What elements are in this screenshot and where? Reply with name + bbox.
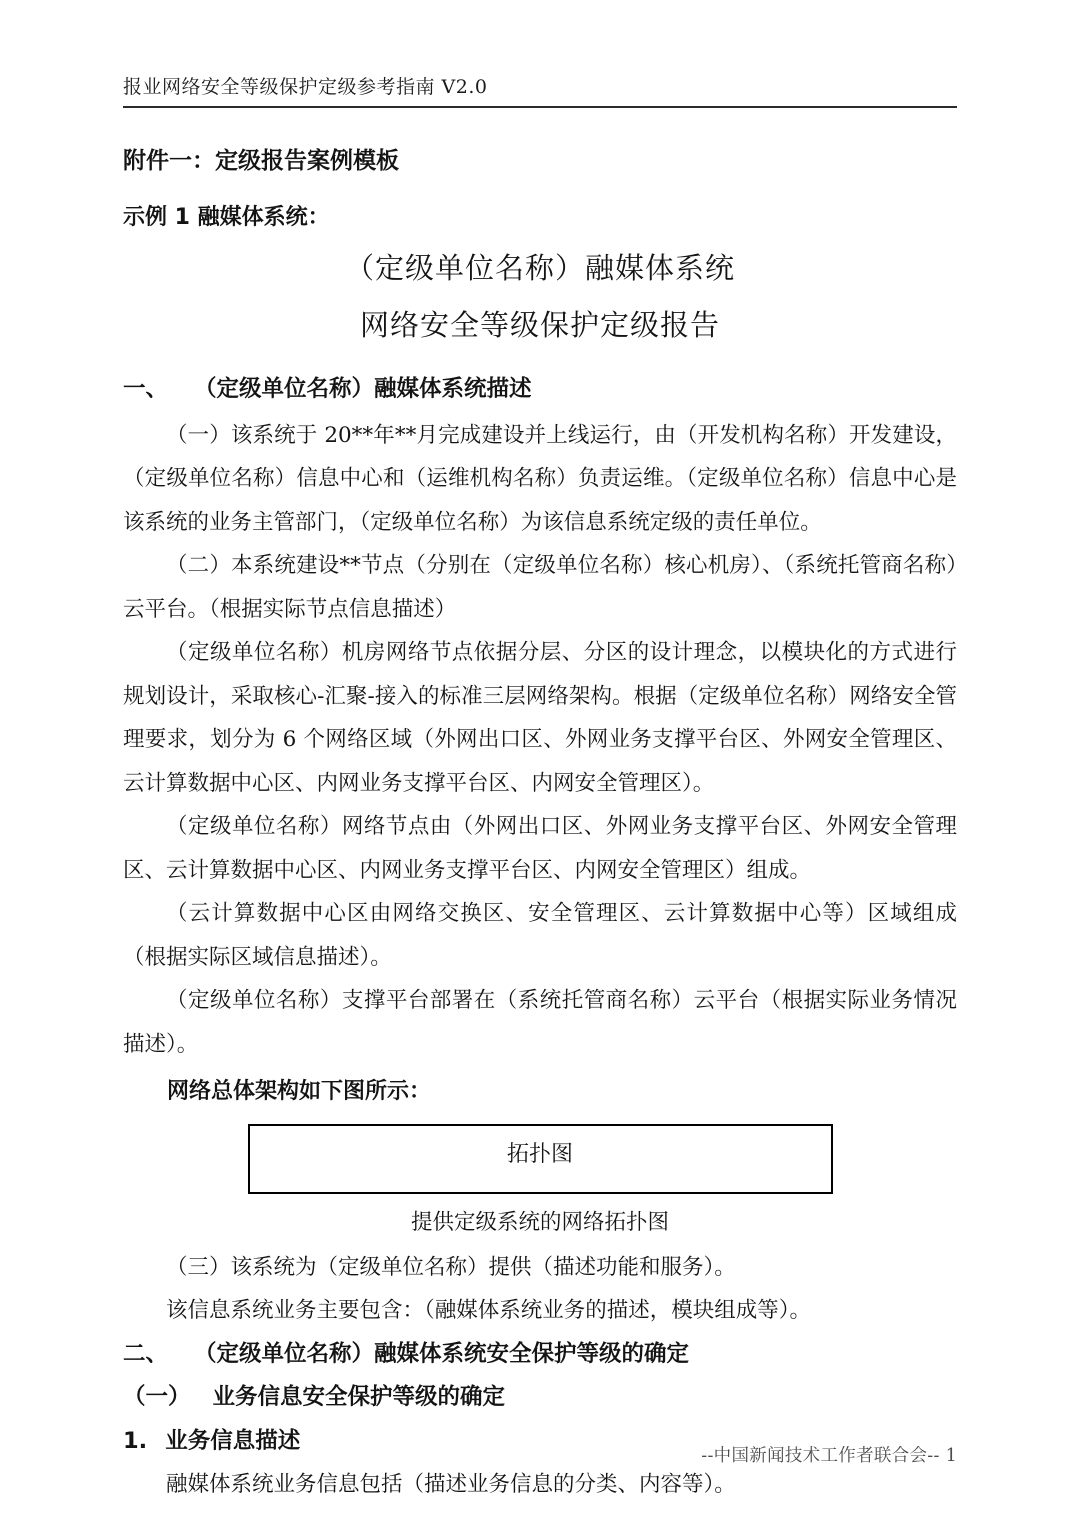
report-title-line2: 网络安全等级保护定级报告	[123, 305, 957, 345]
page-footer: --中国新闻技术工作者联合会-- 1	[701, 1442, 957, 1467]
topology-caption: 提供定级系统的网络拓扑图	[123, 1208, 957, 1238]
section-1-title: （定级单位名称）融媒体系统描述	[194, 376, 532, 402]
paragraph-services: （三）该系统为（定级单位名称）提供（描述功能和服务）。	[123, 1246, 957, 1290]
example-heading: 示例 1 融媒体系统：	[123, 203, 957, 232]
paragraph-system-build: （一）该系统于 20**年**月完成建设并上线运行，由（开发机构名称）开发建设，…	[123, 414, 957, 545]
paragraph-cloud-datacenter: （云计算数据中心区由网络交换区、安全管理区、云计算数据中心等）区域组成（根据实际…	[123, 892, 957, 979]
subsection-1-title: 业务信息安全保护等级的确定	[213, 1384, 506, 1410]
page-header: 报业网络安全等级保护定级参考指南 V2.0	[0, 0, 1080, 108]
header-title: 报业网络安全等级保护定级参考指南 V2.0	[123, 72, 957, 99]
section-2-heading: 二、（定级单位名称）融媒体系统安全保护等级的确定	[123, 1333, 957, 1377]
paragraph-network-composition: （定级单位名称）网络节点由（外网出口区、外网业务支撑平台区、外网安全管理区、云计…	[123, 805, 957, 892]
subsection-1-heading: （一）业务信息安全保护等级的确定	[123, 1376, 957, 1420]
attachment-heading: 附件一：定级报告案例模板	[123, 146, 957, 176]
document-page: 报业网络安全等级保护定级参考指南 V2.0 附件一：定级报告案例模板 示例 1 …	[0, 0, 1080, 1529]
header-rule	[123, 106, 957, 108]
subsubsection-1-number: 1.	[123, 1420, 147, 1464]
paragraph-network-design: （定级单位名称）机房网络节点依据分层、分区的设计理念，以模块化的方式进行规划设计…	[123, 631, 957, 805]
section-1-number: 一、	[123, 368, 168, 412]
report-title-line1: （定级单位名称）融媒体系统	[123, 248, 957, 288]
section-2-number: 二、	[123, 1333, 168, 1377]
paragraph-business-contents: 该信息系统业务主要包含：（融媒体系统业务的描述，模块组成等）。	[123, 1289, 957, 1333]
subsection-1-number: （一）	[123, 1376, 191, 1420]
section-2-title: （定级单位名称）融媒体系统安全保护等级的确定	[194, 1341, 689, 1367]
paragraph-business-info: 融媒体系统业务信息包括（描述业务信息的分类、内容等）。	[123, 1463, 957, 1507]
paragraph-nodes: （二）本系统建设**节点（分别在（定级单位名称）核心机房）、（系统托管商名称）云…	[123, 544, 957, 631]
section-1-heading: 一、（定级单位名称）融媒体系统描述	[123, 368, 957, 412]
paragraph-platform-deployment: （定级单位名称）支撑平台部署在（系统托管商名称）云平台（根据实际业务情况描述）。	[123, 979, 957, 1066]
topology-placeholder-box: 拓扑图	[248, 1124, 833, 1194]
document-bottom-block: （三）该系统为（定级单位名称）提供（描述功能和服务）。 该信息系统业务主要包含：…	[123, 1246, 957, 1507]
document-body: 附件一：定级报告案例模板 示例 1 融媒体系统： （定级单位名称）融媒体系统 网…	[0, 146, 1080, 1507]
architecture-label: 网络总体架构如下图所示：	[123, 1070, 957, 1114]
subsubsection-1-title: 业务信息描述	[165, 1428, 300, 1454]
topology-box-label: 拓扑图	[507, 1137, 573, 1168]
